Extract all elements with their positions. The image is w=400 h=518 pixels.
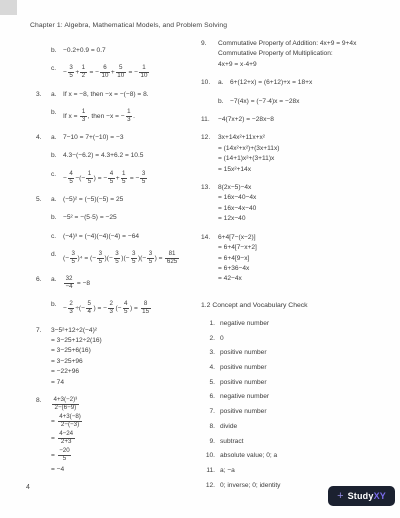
fraction: 35: [147, 251, 153, 266]
fraction: 45: [108, 171, 114, 186]
math-line: = 16x−4x−40: [218, 205, 396, 213]
fraction: 23: [68, 301, 74, 316]
problem-row: b.−0.2+0.9 = 0.7: [36, 47, 206, 57]
math-line: = 12x−40: [218, 215, 396, 223]
math-line: 4+3(−2)³2−(6−9): [51, 397, 206, 412]
problem-number: 10.: [201, 79, 218, 87]
math-line: Commutative Property of Addition: 4x+9 =…: [218, 40, 396, 48]
fraction: 35: [131, 251, 137, 266]
studyxy-logo: + StudyXY: [328, 486, 395, 506]
vocab-item-text: negative number: [220, 393, 396, 401]
math-line: −7(4x) = (−7·4)x = −28x: [230, 98, 396, 106]
fraction: 610: [100, 65, 110, 80]
solution-steps: −35+12 = −610+510 = −110: [63, 65, 206, 82]
math-line: = −4: [51, 466, 206, 474]
vocab-item-number: 10.: [201, 452, 220, 460]
problem-number: 3.: [36, 91, 51, 99]
math-line: If x = −8, then −x = −(−8) = 8.: [63, 91, 206, 99]
vocab-item: 8.divide: [201, 423, 396, 431]
vocab-item: 1.negative number: [201, 320, 396, 328]
plus-icon: +: [337, 491, 343, 502]
vocab-item-text: subtract: [220, 438, 396, 446]
section-title: 1.2 Concept and Vocabulary Check: [201, 302, 396, 310]
math-line: 4.3−(−6.2) = 4.3+6.2 = 10.5: [63, 152, 206, 160]
fraction: 35: [140, 171, 146, 186]
vocab-item-text: positive number: [220, 364, 396, 372]
solution-steps: 6+4[7−(x−2)]= 6+4[7−x+2]= 6+4[9−x]= 6+36…: [218, 234, 396, 286]
fraction: 4−242+3: [58, 431, 75, 446]
math-line: (−35)⁴ = (−35)(−35)(−35)(−35) = 81625: [63, 251, 206, 266]
chapter-header: Chapter 1: Algebra, Mathematical Models,…: [30, 22, 227, 29]
problem-letter: a.: [51, 196, 63, 204]
solution-steps: 8(2x−5)−4x= 16x−40−4x= 16x−4x−40= 12x−40: [218, 184, 396, 226]
fraction: 35: [97, 251, 103, 266]
vocab-item-number: 1.: [201, 320, 220, 328]
vocab-item-text: 0: [220, 335, 396, 343]
problem-row: 6.a.32−4 = −8: [36, 276, 206, 293]
solution-steps: (−35)⁴ = (−35)(−35)(−35)(−35) = 81625: [63, 251, 206, 268]
problem-letter: d.: [51, 251, 63, 259]
fraction: 13: [126, 109, 132, 124]
vocab-item-number: 5.: [201, 379, 220, 387]
math-line: 7−10 = 7+(−10) = −3: [63, 134, 206, 142]
problem-number: 14.: [201, 234, 218, 242]
solution-steps: −5² = −(5·5) = −25: [63, 214, 206, 224]
solution-steps: −0.2+0.9 = 0.7: [63, 47, 206, 57]
solution-steps: Commutative Property of Addition: 4x+9 =…: [218, 40, 396, 71]
math-line: = 15x²+14x: [218, 166, 396, 174]
math-line: (−4)³ = (−4)(−4)(−4) = −64: [63, 233, 206, 241]
problem-letter: a.: [51, 91, 63, 99]
problem-letter: a.: [218, 79, 230, 87]
fraction: 4+3(−2)³2−(6−9): [52, 397, 79, 412]
corner-artifact: [0, 0, 17, 15]
problem-letter: c.: [51, 233, 63, 241]
right-column: 9.Commutative Property of Addition: 4x+9…: [201, 40, 396, 496]
fraction: 510: [116, 65, 126, 80]
solution-steps: −45−(−15) = −45+15 = −35: [63, 171, 206, 188]
vocab-item: 3.positive number: [201, 349, 396, 357]
vocab-item: 4.positive number: [201, 364, 396, 372]
problem-row: 7.3−5²+12÷2(−4)²= 3−25+12÷2(16)= 3−25+6(…: [36, 327, 206, 389]
vocab-item-number: 2.: [201, 335, 220, 343]
problem-row: b.−7(4x) = (−7·4)x = −28x: [201, 98, 396, 108]
problem-number: 7.: [36, 327, 51, 335]
solution-steps: If x = 13, then −x = −13.: [63, 109, 206, 126]
problem-letter: b.: [51, 214, 63, 222]
vocab-item-number: 6.: [201, 393, 220, 401]
problem-number: 5.: [36, 196, 51, 204]
problem-row: c.−35+12 = −610+510 = −110: [36, 65, 206, 82]
solution-steps: 32−4 = −8: [63, 276, 206, 293]
math-line: If x = 13, then −x = −13.: [63, 109, 206, 124]
vocab-item-number: 7.: [201, 408, 220, 416]
math-line: = 6+36−4x: [218, 265, 396, 273]
fraction: 35: [114, 251, 120, 266]
math-line: = 74: [51, 379, 206, 387]
fraction: 45: [68, 171, 74, 186]
problem-letter: a.: [51, 134, 63, 142]
fraction: 35: [70, 251, 76, 266]
math-line: −4(7x+2) = −28x−8: [218, 116, 396, 124]
problem-number: 9.: [201, 40, 218, 48]
fraction: 54: [86, 301, 92, 316]
math-line: = 6+4[9−x]: [218, 255, 396, 263]
math-line: −5² = −(5·5) = −25: [63, 214, 206, 222]
solution-steps: 4+3(−2)³2−(6−9)= 4+3(−8)2−(−3)= 4−242+3=…: [51, 397, 206, 476]
solution-steps: (−5)² = (−5)(−5) = 25: [63, 196, 206, 206]
fraction: 15: [121, 171, 127, 186]
left-column: b.−0.2+0.9 = 0.7c.−35+12 = −610+510 = −1…: [36, 47, 206, 484]
math-line: 32−4 = −8: [63, 276, 206, 291]
problem-letter: c.: [51, 65, 63, 73]
fraction: −205: [58, 448, 72, 463]
problem-letter: b.: [51, 47, 63, 55]
fraction: 81625: [165, 251, 178, 266]
problem-letter: b.: [51, 152, 63, 160]
problem-row: c.−45−(−15) = −45+15 = −35: [36, 171, 206, 188]
problem-row: b.−5² = −(5·5) = −25: [36, 214, 206, 224]
fraction: 4+3(−8)2−(−3): [58, 414, 83, 429]
problem-letter: b.: [51, 301, 63, 309]
math-line: 3x+14x²+11x+x²: [218, 134, 396, 142]
problem-row: 4.a.7−10 = 7+(−10) = −3: [36, 134, 206, 144]
vocab-item-number: 3.: [201, 349, 220, 357]
solution-steps: 6+(12+x) = (6+12)+x = 18+x: [230, 79, 396, 89]
math-line: = −205: [51, 448, 206, 463]
math-line: = (14x²+x²)+(3x+11x): [218, 145, 396, 153]
vocab-item-text: negative number: [220, 320, 396, 328]
vocab-item-number: 8.: [201, 423, 220, 431]
vocab-item: 10.absolute value; 0; a: [201, 452, 396, 460]
math-line: = 4−242+3: [51, 431, 206, 446]
math-line: −45−(−15) = −45+15 = −35: [63, 171, 206, 186]
problem-number: 13.: [201, 184, 218, 192]
vocab-item: 5.positive number: [201, 379, 396, 387]
problem-number: 8.: [36, 397, 51, 405]
math-line: Commutative Property of Multiplication:: [218, 50, 396, 58]
vocab-item-number: 4.: [201, 364, 220, 372]
right-column-problems: 9.Commutative Property of Addition: 4x+9…: [201, 40, 396, 286]
vocab-item-text: divide: [220, 423, 396, 431]
vocab-item-text: absolute value; 0; a: [220, 452, 396, 460]
solution-steps: −23÷(−54) = −23(−45) = 815: [63, 301, 206, 318]
problem-row: 10.a.6+(12+x) = (6+12)+x = 18+x: [201, 79, 396, 89]
problem-number: 12.: [201, 134, 218, 142]
math-line: = 42−4x: [218, 275, 396, 283]
math-line: −0.2+0.9 = 0.7: [63, 47, 206, 55]
problem-letter: a.: [51, 276, 63, 284]
problem-row: 5.a.(−5)² = (−5)(−5) = 25: [36, 196, 206, 206]
problem-number: 11.: [201, 116, 218, 124]
math-line: = 3−25+96: [51, 358, 206, 366]
solution-steps: 3−5²+12÷2(−4)²= 3−25+12÷2(16)= 3−25+6(16…: [51, 327, 206, 389]
math-line: 6+(12+x) = (6+12)+x = 18+x: [230, 79, 396, 87]
math-line: 8(2x−5)−4x: [218, 184, 396, 192]
solution-steps: 4.3−(−6.2) = 4.3+6.2 = 10.5: [63, 152, 206, 162]
math-line: = −22+96: [51, 368, 206, 376]
math-line: = 6+4[7−x+2]: [218, 244, 396, 252]
vocabulary-check-list: 1.negative number2.03.positive number4.p…: [201, 320, 396, 490]
problem-row: d.(−35)⁴ = (−35)(−35)(−35)(−35) = 81625: [36, 251, 206, 268]
fraction: 110: [139, 65, 149, 80]
problem-row: 8.4+3(−2)³2−(6−9)= 4+3(−8)2−(−3)= 4−242+…: [36, 397, 206, 476]
problem-row: b.−23÷(−54) = −23(−45) = 815: [36, 301, 206, 318]
math-line: 4x+9 = x·4+9: [218, 61, 396, 69]
vocab-item-text: a; −a: [220, 467, 396, 475]
problem-row: 14.6+4[7−(x−2)]= 6+4[7−x+2]= 6+4[9−x]= 6…: [201, 234, 396, 286]
math-line: 6+4[7−(x−2)]: [218, 234, 396, 242]
problem-row: 12.3x+14x²+11x+x²= (14x²+x²)+(3x+11x)= (…: [201, 134, 396, 176]
problem-row: 11.−4(7x+2) = −28x−8: [201, 116, 396, 126]
vocab-item: 6.negative number: [201, 393, 396, 401]
math-line: = 16x−40−4x: [218, 194, 396, 202]
math-line: = 3−25+6(16): [51, 347, 206, 355]
vocab-item: 11.a; −a: [201, 467, 396, 475]
problem-row: 3.a.If x = −8, then −x = −(−8) = 8.: [36, 91, 206, 101]
solution-steps: −4(7x+2) = −28x−8: [218, 116, 396, 126]
math-line: = 4+3(−8)2−(−3): [51, 414, 206, 429]
logo-text-xy: XY: [374, 491, 386, 501]
fraction: 15: [86, 171, 92, 186]
fraction: 45: [123, 301, 129, 316]
document-page: Chapter 1: Algebra, Mathematical Models,…: [0, 0, 400, 518]
problem-number: 4.: [36, 134, 51, 142]
math-line: (−5)² = (−5)(−5) = 25: [63, 196, 206, 204]
vocab-item-number: 9.: [201, 438, 220, 446]
vocab-item-text: positive number: [220, 408, 396, 416]
solution-steps: −7(4x) = (−7·4)x = −28x: [230, 98, 396, 108]
vocab-item-text: positive number: [220, 349, 396, 357]
solution-steps: (−4)³ = (−4)(−4)(−4) = −64: [63, 233, 206, 243]
problem-letter: b.: [51, 109, 63, 117]
page-number: 4: [26, 484, 30, 491]
vocab-item-number: 12.: [201, 482, 220, 490]
problem-number: 6.: [36, 276, 51, 284]
fraction: 12: [80, 65, 86, 80]
vocab-item: 7.positive number: [201, 408, 396, 416]
vocab-item-number: 11.: [201, 467, 220, 475]
problem-letter: b.: [218, 98, 230, 106]
vocab-item-text: positive number: [220, 379, 396, 387]
fraction: 32−4: [64, 276, 74, 291]
math-line: 3−5²+12÷2(−4)²: [51, 327, 206, 335]
math-line: = (14+1)x²+(3+11)x: [218, 155, 396, 163]
problem-row: c.(−4)³ = (−4)(−4)(−4) = −64: [36, 233, 206, 243]
problem-row: 13.8(2x−5)−4x= 16x−40−4x= 16x−4x−40= 12x…: [201, 184, 396, 226]
problem-letter: c.: [51, 171, 63, 179]
solution-steps: If x = −8, then −x = −(−8) = 8.: [63, 91, 206, 101]
logo-text-study: Study: [348, 491, 374, 501]
fraction: 815: [141, 301, 151, 316]
problem-row: 9.Commutative Property of Addition: 4x+9…: [201, 40, 396, 71]
math-line: = 3−25+12÷2(16): [51, 337, 206, 345]
vocab-item: 9.subtract: [201, 438, 396, 446]
fraction: 35: [68, 65, 74, 80]
math-line: −35+12 = −610+510 = −110: [63, 65, 206, 80]
solution-steps: 3x+14x²+11x+x²= (14x²+x²)+(3x+11x)= (14+…: [218, 134, 396, 176]
fraction: 23: [108, 301, 114, 316]
problem-row: b.If x = 13, then −x = −13.: [36, 109, 206, 126]
vocab-item: 2.0: [201, 335, 396, 343]
fraction: 13: [80, 109, 86, 124]
problem-row: b.4.3−(−6.2) = 4.3+6.2 = 10.5: [36, 152, 206, 162]
solution-steps: 7−10 = 7+(−10) = −3: [63, 134, 206, 144]
math-line: −23÷(−54) = −23(−45) = 815: [63, 301, 206, 316]
